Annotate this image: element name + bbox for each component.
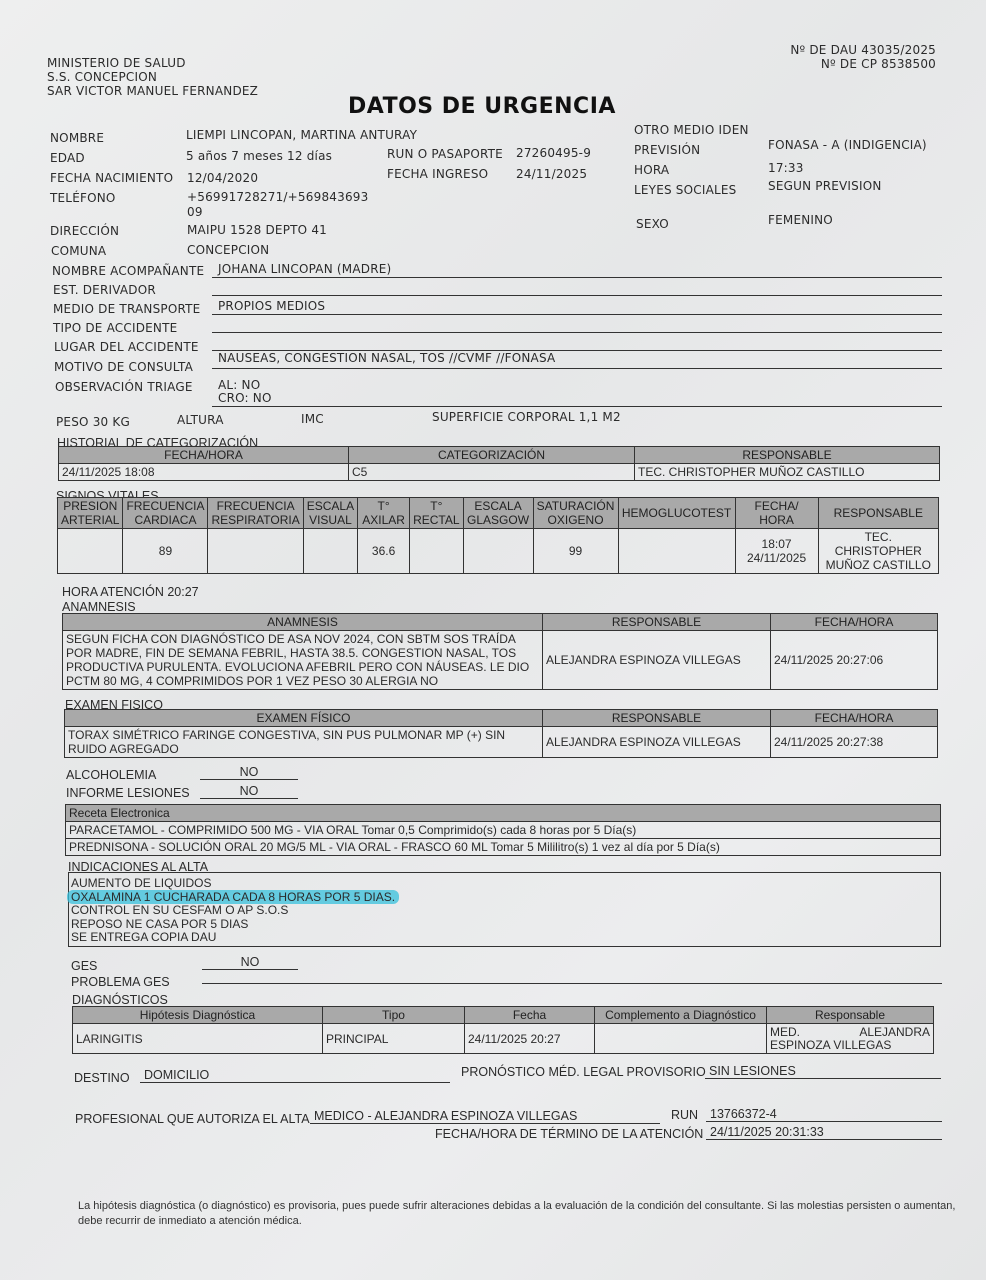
field-triage: CRO: NO	[212, 391, 942, 407]
cell: 24/11/2025 20:27:06	[771, 631, 938, 690]
table-row: TORAX SIMÉTRICO FARINGE CONGESTIVA, SIN …	[65, 727, 938, 758]
cell: MED. ALEJANDRA ESPINOZA VILLEGAS	[767, 1024, 934, 1054]
label-run: RUN O PASAPORTE	[387, 147, 503, 161]
section-diagnosticos: DIAGNÓSTICOS	[72, 993, 168, 1007]
cell: C5	[349, 464, 635, 481]
label-leyes-sociales: LEYES SOCIALES	[634, 183, 737, 197]
col-header: ESCALAGLASGOW	[463, 498, 533, 529]
value-informe-lesiones: NO	[200, 784, 298, 799]
field-acompanante: JOHANA LINCOPAN (MADRE)	[212, 262, 942, 278]
receta-header: Receta Electronica	[66, 805, 941, 822]
value-termino: 24/11/2025 20:31:33	[706, 1125, 942, 1140]
value-run: 27260495-9	[516, 146, 591, 160]
cell: TEC. CHRISTOPHER MUÑOZ CASTILLO	[635, 464, 940, 481]
col-header: Fecha	[465, 1007, 595, 1024]
label-transporte: MEDIO DE TRANSPORTE	[53, 302, 200, 316]
cell: 24/11/2025 20:27	[465, 1024, 595, 1054]
label-fecha-ingreso: FECHA INGRESO	[387, 167, 488, 181]
value-transporte: PROPIOS MEDIOS	[218, 299, 325, 313]
value-leyes-sociales: SEGUN PREVISION	[768, 179, 882, 193]
institution-block: MINISTERIO DE SALUD S.S. CONCEPCION SAR …	[47, 56, 258, 98]
cell: 99	[533, 529, 618, 574]
receta-item: PREDNISONA - SOLUCIÓN ORAL 20 MG/5 ML - …	[66, 839, 941, 856]
col-header: FECHA/HORA	[771, 614, 938, 631]
col-header: T°AXILAR	[358, 498, 410, 529]
value-destino: DOMICILIO	[140, 1068, 450, 1083]
highlighted-indicacion: OXALAMINA 1 CUCHARADA CADA 8 HORAS POR 5…	[67, 890, 399, 904]
col-header: FECHA/HORA	[771, 710, 938, 727]
col-header: FRECUENCIACARDIACA	[123, 498, 208, 529]
label-triage: OBSERVACIÓN TRIAGE	[55, 380, 193, 394]
value-alcoholemia: NO	[200, 765, 298, 780]
institution-line: S.S. CONCEPCION	[47, 70, 258, 84]
cell: TEC. CHRISTOPHER MUÑOZ CASTILLO	[818, 529, 938, 574]
cell: 24/11/2025 18:08	[59, 464, 349, 481]
telefono-line: 09	[187, 205, 368, 220]
value-triage-cro: CRO: NO	[218, 391, 272, 405]
label-nombre: NOMBRE	[50, 131, 104, 145]
indicacion-line: SE ENTREGA COPIA DAU	[71, 931, 938, 945]
table-row: 89 36.6 99 18:07 24/11/2025 TEC. CHRISTO…	[58, 529, 939, 574]
cell: PRINCIPAL	[323, 1024, 465, 1054]
label-prevision: PREVISIÓN	[634, 143, 700, 157]
cell: 24/11/2025 20:27:38	[771, 727, 938, 758]
col-header: Complemento a Diagnóstico	[595, 1007, 767, 1024]
page-title: DATOS DE URGENCIA	[348, 94, 616, 119]
col-header: ANAMNESIS	[63, 614, 543, 631]
value-comuna: CONCEPCION	[187, 243, 269, 257]
institution-line: SAR VICTOR MANUEL FERNANDEZ	[47, 84, 258, 98]
telefono-line: +56991728271/+569843693	[187, 190, 368, 205]
table-row: LARINGITIS PRINCIPAL 24/11/2025 20:27 ME…	[73, 1024, 934, 1054]
value-peso: PESO 30 KG	[56, 415, 130, 429]
label-derivador: EST. DERIVADOR	[53, 283, 156, 297]
cell	[595, 1024, 767, 1054]
cell: ALEJANDRA ESPINOZA VILLEGAS	[543, 631, 771, 690]
label-informe-lesiones: INFORME LESIONES	[66, 786, 190, 800]
label-tipo-accidente: TIPO DE ACCIDENTE	[53, 321, 177, 335]
cell	[303, 529, 357, 574]
col-header: Hipótesis Diagnóstica	[73, 1007, 323, 1024]
cell	[463, 529, 533, 574]
field-transporte: PROPIOS MEDIOS	[212, 299, 942, 315]
cell	[58, 529, 123, 574]
hora-atencion: HORA ATENCIÓN 20:27	[62, 585, 199, 599]
field-tipo-accidente	[212, 317, 942, 333]
indicacion-line: AUMENTO DE LIQUIDOS	[71, 877, 938, 891]
label-direccion: DIRECCIÓN	[50, 224, 119, 238]
col-header: Responsable	[767, 1007, 934, 1024]
value-motivo: NAUSEAS, CONGESTION NASAL, TOS //CVMF //…	[218, 351, 555, 365]
value-fecha-ingreso: 24/11/2025	[516, 167, 587, 181]
cell: 18:07 24/11/2025	[735, 529, 818, 574]
value-edad: 5 años 7 meses 12 días	[186, 149, 332, 163]
col-header: T°RECTAL	[410, 498, 463, 529]
label-profesional: PROFESIONAL QUE AUTORIZA EL ALTA	[75, 1112, 310, 1126]
institution-line: MINISTERIO DE SALUD	[47, 56, 258, 70]
label-altura: ALTURA	[177, 413, 224, 427]
categorizacion-table: FECHA/HORA CATEGORIZACIÓN RESPONSABLE 24…	[58, 446, 940, 481]
col-header: FRECUENCIARESPIRATORIA	[208, 498, 303, 529]
indicaciones-box: AUMENTO DE LIQUIDOS OXALAMINA 1 CUCHARAD…	[68, 872, 941, 947]
cell: 36.6	[358, 529, 410, 574]
col-header: ESCALAVISUAL	[303, 498, 357, 529]
anamnesis-table: ANAMNESIS RESPONSABLE FECHA/HORA SEGUN F…	[62, 613, 938, 690]
col-header: SATURACIÓNOXIGENO	[533, 498, 618, 529]
indicacion-line: REPOSO NE CASA POR 5 DIAS	[71, 918, 938, 932]
col-header: FECHA/HORA	[59, 447, 349, 464]
section-anamnesis: ANAMNESIS	[62, 600, 136, 614]
col-header: RESPONSABLE	[543, 710, 771, 727]
value-superficie: SUPERFICIE CORPORAL 1,1 M2	[432, 410, 621, 424]
col-header: PRESIONARTERIAL	[58, 498, 123, 529]
anamnesis-text: SEGUN FICHA CON DIAGNÓSTICO DE ASA NOV 2…	[63, 631, 543, 690]
table-row: PARACETAMOL - COMPRIMIDO 500 MG - VIA OR…	[66, 822, 941, 839]
label-motivo: MOTIVO DE CONSULTA	[54, 360, 193, 374]
label-problema-ges: PROBLEMA GES	[71, 975, 170, 989]
value-nombre: LIEMPI LINCOPAN, MARTINA ANTURAY	[186, 128, 417, 142]
label-lugar-accidente: LUGAR DEL ACCIDENTE	[54, 340, 199, 354]
cell: ALEJANDRA ESPINOZA VILLEGAS	[543, 727, 771, 758]
value-telefono: +56991728271/+569843693 09	[187, 190, 368, 220]
value-acompanante: JOHANA LINCOPAN (MADRE)	[218, 262, 391, 276]
label-edad: EDAD	[50, 151, 85, 165]
col-header: EXAMEN FÍSICO	[65, 710, 543, 727]
examen-table: EXAMEN FÍSICO RESPONSABLE FECHA/HORA TOR…	[64, 709, 938, 758]
disclaimer: La hipótesis diagnóstica (o diagnóstico)…	[78, 1199, 958, 1229]
label-otro-medio: OTRO MEDIO IDEN	[634, 123, 749, 137]
value-ges: NO	[202, 955, 298, 970]
value-triage-al: AL: NO	[218, 378, 260, 392]
label-imc: IMC	[301, 412, 324, 426]
value-prevision: FONASA - A (INDIGENCIA)	[768, 138, 927, 152]
col-header: FECHA/HORA	[735, 498, 818, 529]
indicacion-line: CONTROL EN SU CESFAM O AP S.O.S	[71, 904, 938, 918]
cell: LARINGITIS	[73, 1024, 323, 1054]
label-pronostico: PRONÓSTICO MÉD. LEGAL PROVISORIO	[461, 1065, 706, 1079]
label-ges: GES	[71, 959, 97, 973]
document-numbers: Nº DE DAU 43035/2025 Nº DE CP 8538500	[790, 43, 936, 71]
field-derivador	[212, 280, 942, 296]
col-header: RESPONSABLE	[543, 614, 771, 631]
value-profesional: MEDICO - ALEJANDRA ESPINOZA VILLEGAS	[310, 1109, 660, 1124]
label-acompanante: NOMBRE ACOMPAÑANTE	[52, 264, 204, 278]
cell	[618, 529, 735, 574]
indicacion-line: OXALAMINA 1 CUCHARADA CADA 8 HORAS POR 5…	[71, 891, 938, 905]
col-header: HEMOGLUCOTEST	[618, 498, 735, 529]
label-termino: FECHA/HORA DE TÉRMINO DE LA ATENCIÓN	[435, 1127, 703, 1141]
cell: 89	[123, 529, 208, 574]
label-sexo: SEXO	[636, 217, 669, 231]
cell	[208, 529, 303, 574]
cell	[410, 529, 463, 574]
label-alcoholemia: ALCOHOLEMIA	[66, 768, 156, 782]
document-page: MINISTERIO DE SALUD S.S. CONCEPCION SAR …	[0, 0, 986, 1280]
value-hora: 17:33	[768, 161, 804, 175]
value-run-profesional: 13766372-4	[706, 1107, 942, 1122]
col-header: RESPONSABLE	[635, 447, 940, 464]
value-sexo: FEMENINO	[768, 213, 833, 227]
label-comuna: COMUNA	[51, 244, 106, 258]
table-row: PREDNISONA - SOLUCIÓN ORAL 20 MG/5 ML - …	[66, 839, 941, 856]
value-direccion: MAIPU 1528 DEPTO 41	[187, 223, 327, 237]
table-row: SEGUN FICHA CON DIAGNÓSTICO DE ASA NOV 2…	[63, 631, 938, 690]
examen-text: TORAX SIMÉTRICO FARINGE CONGESTIVA, SIN …	[65, 727, 543, 758]
value-fecha-nacimiento: 12/04/2020	[187, 171, 258, 185]
field-problema-ges	[202, 970, 942, 984]
value-pronostico: SIN LESIONES	[705, 1064, 941, 1079]
label-hora: HORA	[634, 163, 669, 177]
field-motivo: NAUSEAS, CONGESTION NASAL, TOS //CVMF //…	[212, 351, 942, 369]
signos-vitales-table: PRESIONARTERIAL FRECUENCIACARDIACA FRECU…	[57, 497, 939, 574]
cp-number: Nº DE CP 8538500	[790, 57, 936, 71]
col-header: Tipo	[323, 1007, 465, 1024]
field-lugar-accidente	[212, 335, 942, 351]
label-telefono: TELÉFONO	[50, 191, 116, 205]
label-fecha-nacimiento: FECHA NACIMIENTO	[50, 171, 173, 185]
col-header: RESPONSABLE	[818, 498, 938, 529]
table-row: 24/11/2025 18:08 C5 TEC. CHRISTOPHER MUÑ…	[59, 464, 940, 481]
diagnosticos-table: Hipótesis Diagnóstica Tipo Fecha Complem…	[72, 1006, 934, 1054]
receta-item: PARACETAMOL - COMPRIMIDO 500 MG - VIA OR…	[66, 822, 941, 839]
dau-number: Nº DE DAU 43035/2025	[770, 43, 936, 57]
receta-table: Receta Electronica PARACETAMOL - COMPRIM…	[65, 804, 941, 856]
label-run-profesional: RUN	[671, 1108, 698, 1122]
col-header: CATEGORIZACIÓN	[349, 447, 635, 464]
label-destino: DESTINO	[74, 1071, 130, 1085]
